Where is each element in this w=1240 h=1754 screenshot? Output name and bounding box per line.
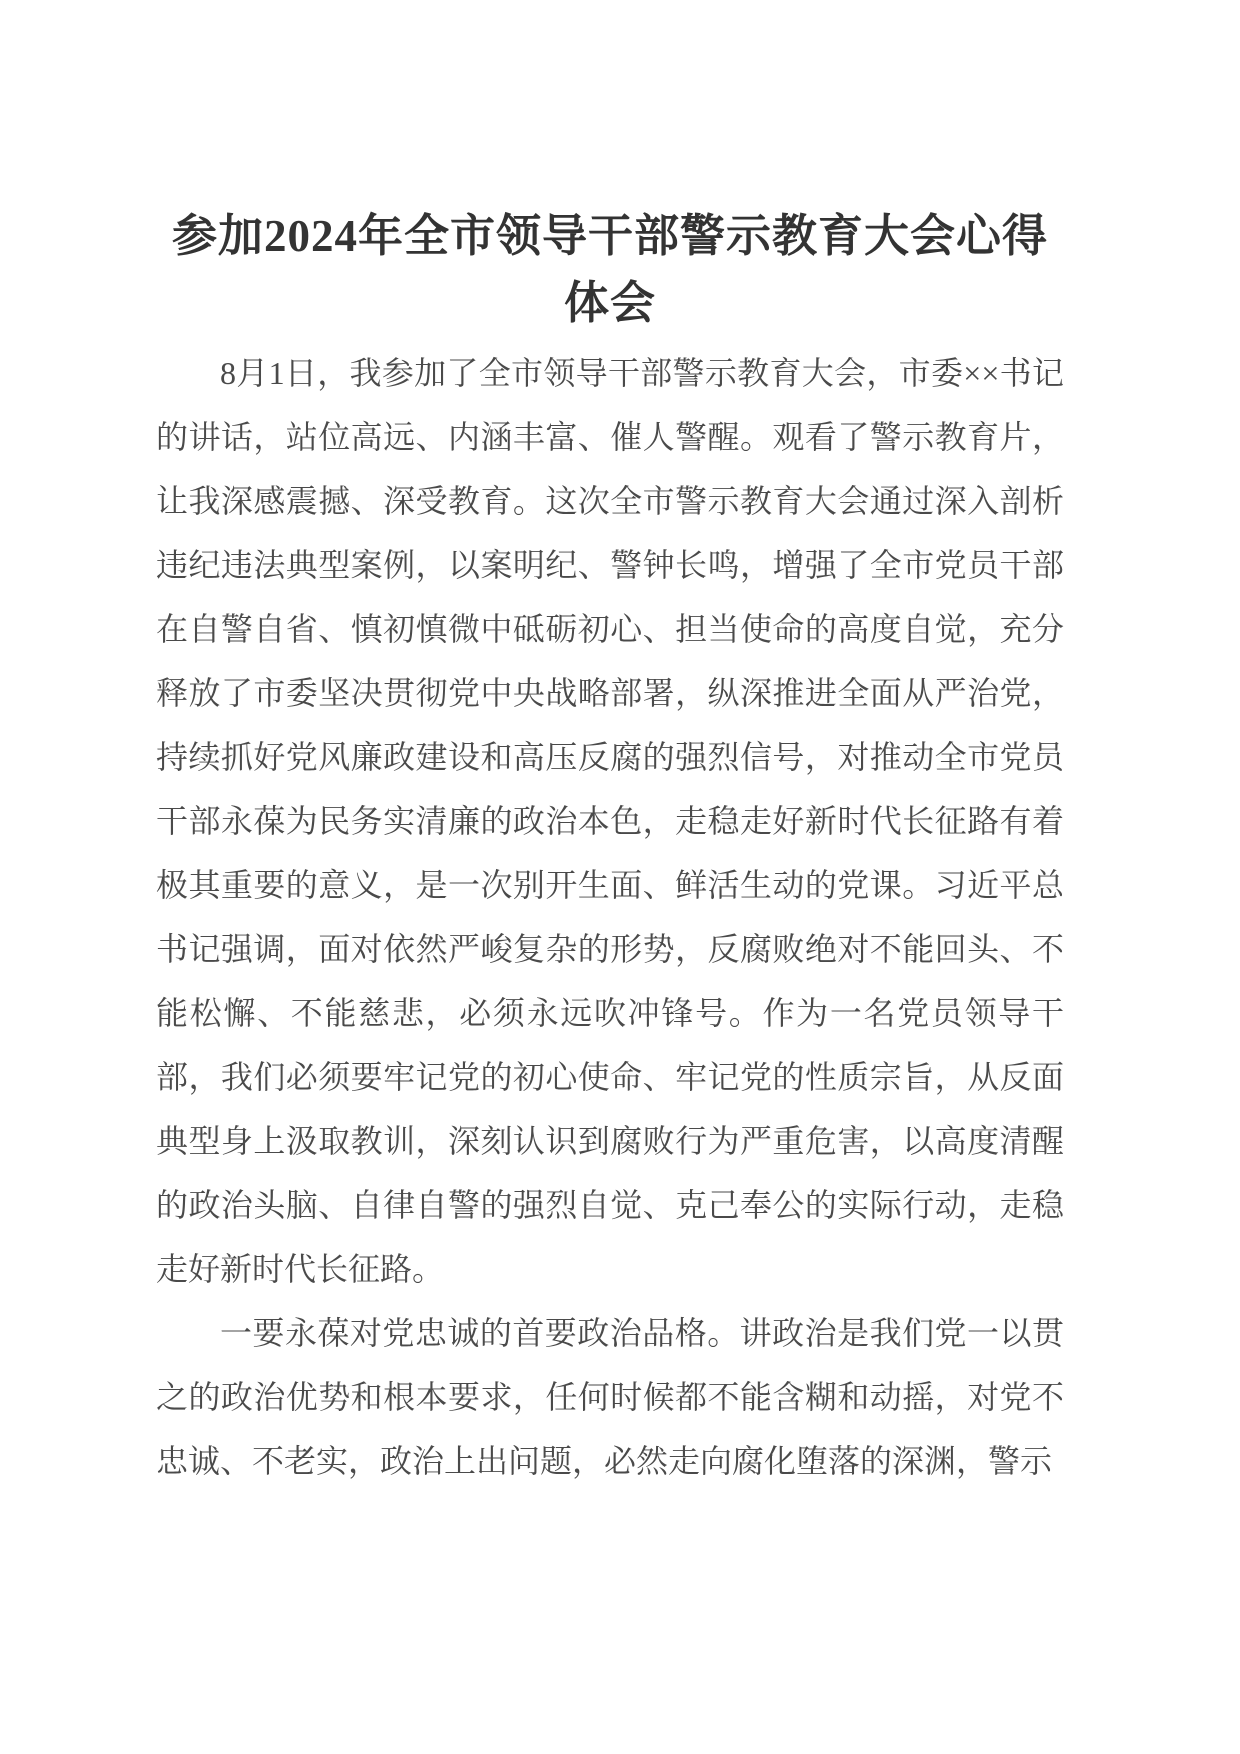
document-title: 参加2024年全市领导干部警示教育大会心得体会	[156, 203, 1064, 337]
document-page: 参加2024年全市领导干部警示教育大会心得体会 8月1日，我参加了全市领导干部警…	[0, 0, 1240, 1754]
paragraph-2: 一要永葆对党忠诚的首要政治品格。讲政治是我们党一以贯之的政治优势和根本要求，任何…	[156, 1301, 1064, 1493]
document-body: 8月1日，我参加了全市领导干部警示教育大会，市委××书记的讲话，站位高远、内涵丰…	[156, 341, 1064, 1493]
paragraph-1: 8月1日，我参加了全市领导干部警示教育大会，市委××书记的讲话，站位高远、内涵丰…	[156, 341, 1064, 1301]
